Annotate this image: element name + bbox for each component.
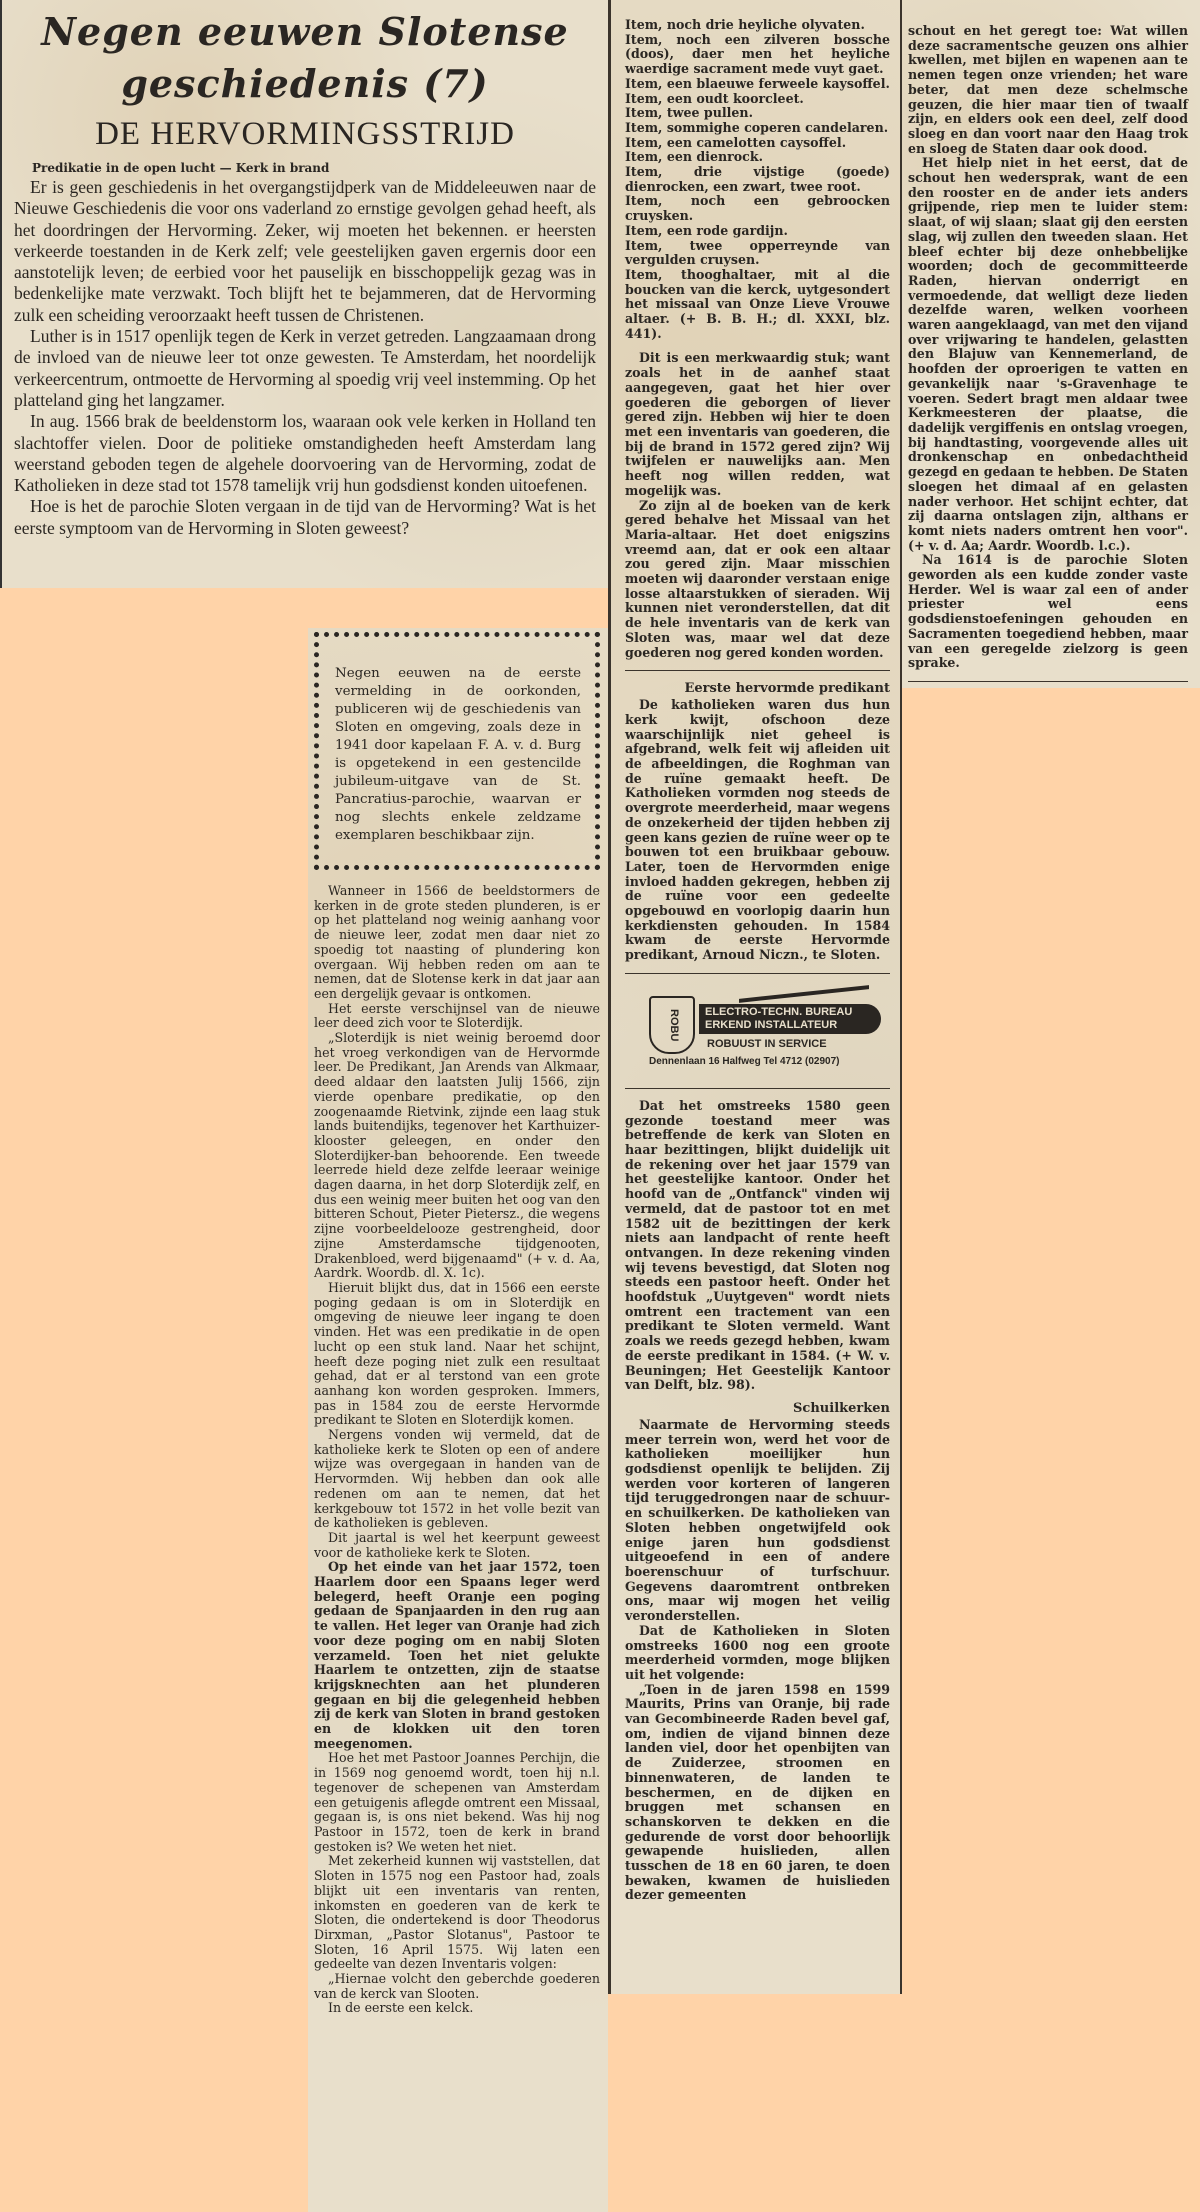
body-paragraph: Naarmate de Hervorming steeds meer terre… (625, 1418, 890, 1624)
inventory-item: Item, twee opperreynde van vergulden cru… (625, 239, 890, 268)
left-paragraphs: Wanneer in 1566 de beeldstormers de kerk… (314, 884, 600, 2016)
inventory-list: Item, noch drie heyliche olyvaten.Item, … (625, 18, 890, 341)
column-divider (625, 973, 890, 974)
robu-logo-icon: ROBU (649, 996, 695, 1054)
article-subtitle: DE HERVORMINGSSTRIJD (14, 116, 596, 153)
ad-banner: ELECTRO-TECHN. BUREAU ERKEND INSTALLATEU… (699, 1004, 881, 1034)
ad-slogan: ROBUUST IN SERVICE (707, 1038, 827, 1050)
body-paragraph: Hieruit blijkt dus, dat in 1566 een eers… (314, 1281, 600, 1428)
inventory-item: Item, sommighe coperen candelaren. (625, 121, 890, 136)
section-heading-schuilkerken: Schuilkerken (625, 1401, 890, 1416)
column-divider (625, 670, 890, 671)
lead-text: Er is geen geschiedenis in het overgangs… (14, 177, 596, 539)
body-paragraph: Dit is een merkwaardig stuk; want zoals … (625, 351, 890, 498)
lead-paragraph: Hoe is het de parochie Sloten vergaan in… (14, 496, 596, 539)
inventory-item: Item, een oudt koorcleet. (625, 92, 890, 107)
rekening-section: Dat het omstreeks 1580 geen gezonde toes… (625, 1099, 890, 1393)
inventory-item: Item, noch drie heyliche olyvaten. (625, 18, 890, 33)
body-paragraph: Na 1614 is de parochie Sloten geworden a… (908, 553, 1188, 671)
right-paragraphs: Het hielp niet in het eerst, dat de scho… (908, 156, 1188, 671)
article-title: Negen eeuwen Slotense geschiedenis (7) (14, 6, 596, 110)
title-line-1: Negen eeuwen Slotense (14, 6, 596, 58)
ad-address: Dennenlaan 16 Halfweg Tel 4712 (02907) (649, 1056, 839, 1067)
lead-paragraph: Luther is in 1517 openlijk tegen de Kerk… (14, 326, 596, 411)
predikant-section: De katholieken waren dus hun kerk kwijt,… (625, 698, 890, 963)
body-paragraph: Met zekerheid kunnen wij vaststellen, da… (314, 1854, 600, 1972)
column-right: schout en het geregt toe: Wat willen dez… (902, 0, 1200, 688)
ad-line-2: ERKEND INSTALLATEUR (705, 1019, 875, 1032)
inventory-item: Item, een rode gardijn. (625, 224, 890, 239)
body-paragraph: De katholieken waren dus hun kerk kwijt,… (625, 698, 890, 963)
inventory-item: Item, twee pullen. (625, 106, 890, 121)
intro-box: Negen eeuwen na de eerste vermelding in … (314, 632, 600, 870)
column-divider (625, 1088, 890, 1089)
lead-paragraph: In aug. 1566 brak de beeldenstorm los, w… (14, 411, 596, 496)
body-paragraph: Het hielp niet in het eerst, dat de scho… (908, 156, 1188, 553)
ad-line-1: ELECTRO-TECHN. BUREAU (705, 1006, 875, 1019)
body-paragraph: Nergens vonden wij vermeld, dat de katho… (314, 1428, 600, 1531)
lead-paragraph: Er is geen geschiedenis in het overgangs… (14, 177, 596, 326)
body-paragraph: In de eerste een kelck. (314, 2001, 600, 2016)
headline-clipping: Negen eeuwen Slotense geschiedenis (7) D… (0, 0, 608, 588)
body-paragraph: Hoe het met Pastoor Joannes Perchijn, di… (314, 1751, 600, 1854)
body-paragraph: Dat het omstreeks 1580 geen gezonde toes… (625, 1099, 890, 1393)
inventory-item: Item, thooghaltaer, mit al die boucken v… (625, 268, 890, 342)
article-kicker: Predikatie in de open lucht — Kerk in br… (32, 161, 596, 175)
intro-box-text: Negen eeuwen na de eerste vermelding in … (335, 665, 581, 845)
schuilkerken-section: Naarmate de Hervorming steeds meer terre… (625, 1418, 890, 1903)
inventory-item: Item, een blaeuwe ferweele kaysoffel. (625, 77, 890, 92)
title-line-2: geschiedenis (7) (14, 58, 596, 110)
inventory-item: Item, noch een zilveren bossche (doos), … (625, 33, 890, 77)
advertisement-robu: ROBU ELECTRO-TECHN. BUREAU ERKEND INSTAL… (649, 992, 890, 1070)
body-paragraph: Dat de Katholieken in Sloten omstreeks 1… (625, 1624, 890, 1683)
inventory-item: Item, drie vijstige (goede) dienrocken, … (625, 165, 890, 194)
column-left: Negen eeuwen na de eerste vermelding in … (308, 628, 608, 2212)
body-paragraph: Wanneer in 1566 de beeldstormers de kerk… (314, 884, 600, 1002)
inventory-item: Item, een dienrock. (625, 150, 890, 165)
body-paragraph: Het eerste verschijnsel van de nieuwe le… (314, 1002, 600, 1031)
quote-paragraph: schout en het geregt toe: Wat willen dez… (908, 24, 1188, 156)
body-paragraph: Dit jaartal is wel het keerpunt geweest … (314, 1531, 600, 1560)
inventory-item: Item, een camelotten caysoffel. (625, 136, 890, 151)
body-paragraph: „Hiernae volcht den geberchde goederen v… (314, 1972, 600, 2001)
commentary-section: Dit is een merkwaardig stuk; want zoals … (625, 351, 890, 660)
column-middle: Item, noch drie heyliche olyvaten.Item, … (608, 0, 902, 1994)
body-paragraph: Op het einde van het jaar 1572, toen Haa… (314, 1560, 600, 1751)
body-paragraph: Zo zijn al de boeken van de kerk gered b… (625, 499, 890, 661)
column-divider (908, 681, 1188, 682)
ad-streak-decoration (739, 985, 869, 1003)
inventory-item: Item, noch een gebroocken cruysken. (625, 194, 890, 223)
body-paragraph: „Toen in de jaren 1598 en 1599 Maurits, … (625, 1683, 890, 1904)
section-heading-eerste-hervormde-predikant: Eerste hervormde predikant (625, 681, 890, 696)
body-paragraph: „Sloterdijk is niet weinig beroemd door … (314, 1031, 600, 1281)
